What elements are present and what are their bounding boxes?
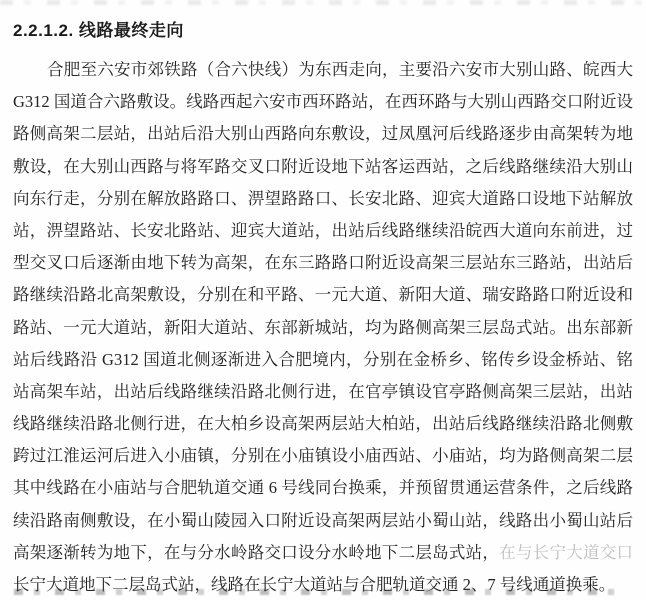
line-text: 站，淠望路站、长安北路站、迎宾大道站，出站后线路继续沿皖西大道向东前进，过 Y <box>13 221 633 247</box>
line-text: 向东行走，分别在解放路路口、淠望路路口、长安北路、迎宾大道路口设地下站解放路 <box>13 189 633 215</box>
line-text: 站高架车站，出站后线路继续沿路北侧行进，在官亭镇设官亭路侧高架三层站，出站后 <box>13 382 633 408</box>
line-text: 路侧高架二层站，出站后沿大别山西路向东敷设，过凤凰河后线路逐步由高架转为地下 <box>13 124 633 150</box>
line-text: 站后线路沿 G312 国道北侧逐渐进入合肥境内，分别在金桥乡、铭传乡设金桥站、铭… <box>13 350 633 376</box>
paragraph-line: 高架逐渐转为地下，在与分水岭路交口设分水岭地下二层岛式站，在与长宁大道交口设 <box>13 537 633 569</box>
paragraph-line: 站高架车站，出站后线路继续沿路北侧行进，在官亭镇设官亭路侧高架三层站，出站后 <box>13 376 633 408</box>
route-description-paragraph: 合肥至六安市郊铁路（合六快线）为东西走向，主要沿六安市大别山路、皖西大道、G31… <box>13 54 633 600</box>
line-text: 路继续沿路北高架敷设，分别在和平路、一元大道、新阳大道、瑞安路路口附近设和平 <box>13 285 633 311</box>
paragraph-line: 其中线路在小庙站与合肥轨道交通 6 号线同台换乘，并预留贯通运营条件，之后线路继 <box>13 472 633 504</box>
paragraph-line: 路侧高架二层站，出站后沿大别山西路向东敷设，过凤凰河后线路逐步由高架转为地下 <box>13 118 633 150</box>
line-text: 路站、一元大道站，新阳大道站、东部新城站，均为路侧高架三层岛式站。出东部新城 <box>13 318 633 344</box>
scan-artifact-bottom <box>14 589 626 595</box>
paragraph-line: 线路继续沿路北侧行进，在大柏乡设高架两层站大柏站，出站后线路继续沿路北侧敷设， <box>13 408 633 440</box>
paragraph-line: 跨过江淮运河后进入小庙镇，分别在小庙镇设小庙西站、小庙站，均为路侧高架二层站， <box>13 440 633 472</box>
paragraph-line: 合肥至六安市郊铁路（合六快线）为东西走向，主要沿六安市大别山路、皖西大道、 <box>13 54 633 86</box>
line-text: 型交叉口后逐渐由地下转为高架，在东三路路口附近设高架三层站东三路站，出站后线 <box>13 253 633 279</box>
line-text: 敷设，在大别山西路与将军路交叉口附近设地下站客运西站，之后线路继续沿大别山路 <box>13 157 633 183</box>
page-content: 2.2.1.2. 线路最终走向 合肥至六安市郊铁路（合六快线）为东西走向，主要沿… <box>13 12 633 600</box>
paragraph-line: 路继续沿路北高架敷设，分别在和平路、一元大道、新阳大道、瑞安路路口附近设和平 <box>13 279 633 311</box>
paragraph-line: 续沿路南侧敷设，在小蜀山陵园入口附近设高架两层站小蜀山站，线路出小蜀山站后由 <box>13 505 633 537</box>
paragraph-line: 型交叉口后逐渐由地下转为高架，在东三路路口附近设高架三层站东三路站，出站后线 <box>13 247 633 279</box>
paragraph-line: 长宁大道地下二层岛式站，线路在长宁大道站与合肥轨道交通 2、7 号线通道换乘。 <box>13 569 633 600</box>
paragraph-line: G312 国道合六路敷设。线路西起六安市西环路站，在西环路与大别山西路交口附近设 <box>13 86 633 118</box>
scanned-document-page: 2.2.1.2. 线路最终走向 合肥至六安市郊铁路（合六快线）为东西走向，主要沿… <box>0 0 646 600</box>
line-text: 线路继续沿路北侧行进，在大柏乡设高架两层站大柏站，出站后线路继续沿路北侧敷设， <box>13 414 633 440</box>
line-text: 高架逐渐转为地下，在与分水岭路交口设分水岭地下二层岛式站， <box>13 543 499 562</box>
paragraph-line: 敷设，在大别山西路与将军路交叉口附近设地下站客运西站，之后线路继续沿大别山路 <box>13 151 633 183</box>
line-text: 跨过江淮运河后进入小庙镇，分别在小庙镇设小庙西站、小庙站，均为路侧高架二层站， <box>13 446 633 472</box>
paragraph-line: 向东行走，分别在解放路路口、淠望路路口、长安北路、迎宾大道路口设地下站解放路 <box>13 183 633 215</box>
line-text: 其中线路在小庙站与合肥轨道交通 6 号线同台换乘，并预留贯通运营条件，之后线路继 <box>13 478 633 504</box>
line-text: 合肥至六安市郊铁路（合六快线）为东西走向，主要沿六安市大别山路、皖西大道、 <box>13 60 633 86</box>
line-text: 续沿路南侧敷设，在小蜀山陵园入口附近设高架两层站小蜀山站，线路出小蜀山站后由 <box>13 511 633 537</box>
scan-artifact-top <box>0 0 646 5</box>
paragraph-line: 站，淠望路站、长安北路站、迎宾大道站，出站后线路继续沿皖西大道向东前进，过 Y <box>13 215 633 247</box>
paragraph-line: 站后线路沿 G312 国道北侧逐渐进入合肥境内，分别在金桥乡、铭传乡设金桥站、铭… <box>13 344 633 376</box>
line-text: G312 国道合六路敷设。线路西起六安市西环路站，在西环路与大别山西路交口附近设 <box>13 92 633 111</box>
paragraph-line: 路站、一元大道站，新阳大道站、东部新城站，均为路侧高架三层岛式站。出东部新城 <box>13 312 633 344</box>
section-heading: 2.2.1.2. 线路最终走向 <box>13 16 633 41</box>
